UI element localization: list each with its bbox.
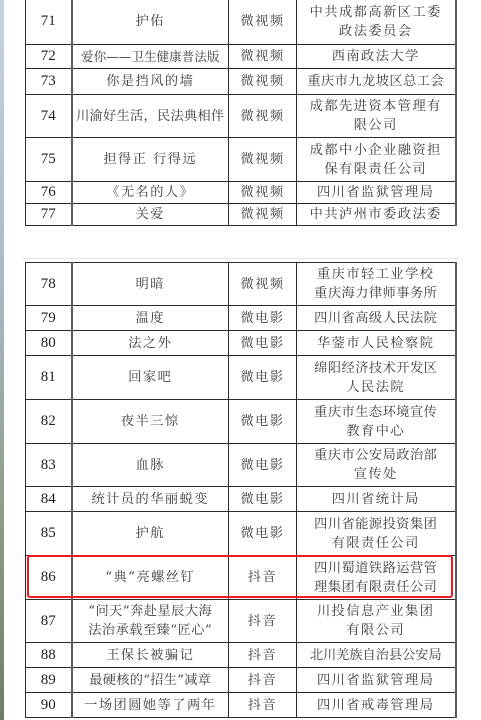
row-number: 90 (26, 693, 72, 718)
table-row: 78 明暗 微视频 重庆市轻工业学校 重庆海力律师事务所 (26, 263, 456, 306)
work-title: 统计员的华丽蜕变 (72, 487, 229, 512)
organization: 四川省高级人民法院 (297, 306, 456, 331)
work-type: 微电影 (229, 444, 297, 487)
table-row: 73 你是挡风的墙 微视频 重庆市九龙坡区总工会 (26, 69, 456, 95)
work-type: 抖音 (229, 668, 297, 693)
table-row-highlighted: 86 “典”亮螺丝钉 抖音 四川蜀道铁路运营管 理集团有限责任公司 (26, 556, 456, 600)
table-row: 87 “问天”奔赴星辰大海 法治承载至臻“匠心” 抖音 川投信息产业集团 有限公… (26, 600, 456, 643)
table-row: 85 护航 微电影 四川省能源投资集团 有限责任公司 (26, 512, 456, 556)
work-title: 护佑 (72, 0, 229, 45)
organization: 北川羌族自治县公安局 (297, 643, 456, 668)
row-number: 87 (26, 600, 72, 643)
organization: 重庆市轻工业学校 重庆海力律师事务所 (297, 263, 456, 306)
work-type: 微视频 (229, 69, 297, 95)
organization-line: 政法委员会 (299, 22, 453, 41)
work-type: 微电影 (229, 400, 297, 444)
organization-line: 绵阳经济技术开发区 (299, 359, 453, 378)
table-row: 79 温度 微电影 四川省高级人民法院 (26, 306, 456, 331)
work-title: 《无名的人》 (72, 182, 229, 204)
row-number: 88 (26, 643, 72, 668)
row-number: 84 (26, 487, 72, 512)
organization-line: 四川省能源投资集团 (299, 515, 453, 534)
work-title: 温度 (72, 306, 229, 331)
organization: 西南政法大学 (297, 45, 456, 69)
work-title-line: 法治承载至臻“匠心” (75, 621, 227, 640)
work-type: 微视频 (229, 138, 297, 182)
organization-line: 教育中心 (299, 422, 453, 441)
organization-line: 有限责任公司 (299, 534, 453, 553)
row-number: 78 (26, 263, 72, 306)
work-title: 川渝好生活，民法典相伴 (72, 95, 229, 138)
work-type: 微电影 (229, 331, 297, 356)
work-type: 微视频 (229, 182, 297, 204)
work-type: 微视频 (229, 0, 297, 45)
organization-line: 保有限责任公司 (299, 160, 453, 179)
table-row: 81 回家吧 微电影 绵阳经济技术开发区 人民法院 (26, 356, 456, 400)
row-number: 79 (26, 306, 72, 331)
work-title: 最硬核的“招生”减章 (72, 668, 229, 693)
organization: 华蓥市人民检察院 (297, 331, 456, 356)
work-title: 王保长被骗记 (72, 643, 229, 668)
row-number: 77 (26, 204, 72, 226)
organization-line: 成都先进资本管理有 (299, 97, 453, 116)
organization-line: 重庆市公安局政治部 (299, 446, 453, 465)
work-title: 明暗 (72, 263, 229, 306)
table-row: 71 护佑 微视频 中共成都高新区工委 政法委员会 (26, 0, 456, 45)
work-title: “问天”奔赴星辰大海 法治承载至臻“匠心” (72, 600, 229, 643)
row-number: 83 (26, 444, 72, 487)
work-title-line: “问天”奔赴星辰大海 (75, 602, 227, 621)
organization-line: 宣传处 (299, 465, 453, 484)
row-number: 74 (26, 95, 72, 138)
organization: 重庆市公安局政治部 宣传处 (297, 444, 456, 487)
work-type: 微视频 (229, 263, 297, 306)
table-row: 83 血脉 微电影 重庆市公安局政治部 宣传处 (26, 444, 456, 487)
work-type: 微电影 (229, 512, 297, 556)
organization: 中共成都高新区工委 政法委员会 (297, 0, 456, 45)
organization-line: 理集团有限责任公司 (299, 578, 453, 597)
row-number: 86 (26, 556, 72, 600)
organization: 四川省统计局 (297, 487, 456, 512)
work-type: 微电影 (229, 487, 297, 512)
organization-line: 中共成都高新区工委 (299, 3, 453, 22)
table-row: 76 《无名的人》 微视频 四川省监狱管理局 (26, 182, 456, 204)
row-number: 82 (26, 400, 72, 444)
organization: 成都先进资本管理有 限公司 (297, 95, 456, 138)
work-type: 微视频 (229, 204, 297, 226)
row-number: 80 (26, 331, 72, 356)
table-row: 75 担得正 行得远 微视频 成都中小企业融资担 保有限责任公司 (26, 138, 456, 182)
table-row: 80 法之外 微电影 华蓥市人民检察院 (26, 331, 456, 356)
award-table-page-2: 78 明暗 微视频 重庆市轻工业学校 重庆海力律师事务所 79 温度 微电影 四… (25, 262, 457, 718)
organization: 重庆市九龙坡区总工会 (297, 69, 456, 95)
organization: 四川省戒毒管理局 (297, 693, 456, 718)
row-number: 75 (26, 138, 72, 182)
row-number: 85 (26, 512, 72, 556)
organization-line: 重庆市轻工业学校 (299, 265, 453, 284)
table-row: 84 统计员的华丽蜕变 微电影 四川省统计局 (26, 487, 456, 512)
row-number: 71 (26, 0, 72, 45)
work-title: 夜半三惊 (72, 400, 229, 444)
organization: 绵阳经济技术开发区 人民法院 (297, 356, 456, 400)
row-number: 76 (26, 182, 72, 204)
row-number: 89 (26, 668, 72, 693)
work-title: “典”亮螺丝钉 (72, 556, 229, 600)
organization-line: 川投信息产业集团 (299, 602, 453, 621)
work-title: 担得正 行得远 (72, 138, 229, 182)
organization: 四川省监狱管理局 (297, 668, 456, 693)
work-type: 微视频 (229, 45, 297, 69)
work-title: 爱你——卫生健康普法版 (72, 45, 229, 69)
table-row: 90 一场团圆她等了两年 抖音 四川省戒毒管理局 (26, 693, 456, 718)
organization: 四川省监狱管理局 (297, 182, 456, 204)
organization-line: 有限公司 (299, 621, 453, 640)
work-title: 护航 (72, 512, 229, 556)
organization: 川投信息产业集团 有限公司 (297, 600, 456, 643)
work-title: 血脉 (72, 444, 229, 487)
organization: 成都中小企业融资担 保有限责任公司 (297, 138, 456, 182)
row-number: 72 (26, 45, 72, 69)
table-row: 72 爱你——卫生健康普法版 微视频 西南政法大学 (26, 45, 456, 69)
organization: 中共泸州市委政法委 (297, 204, 456, 226)
window-edge-strip (0, 0, 4, 720)
work-title: 法之外 (72, 331, 229, 356)
table-row: 89 最硬核的“招生”减章 抖音 四川省监狱管理局 (26, 668, 456, 693)
work-type: 微视频 (229, 95, 297, 138)
table-row: 77 关爱 微视频 中共泸州市委政法委 (26, 204, 456, 226)
organization-line: 人民法院 (299, 378, 453, 397)
work-type: 微电影 (229, 356, 297, 400)
row-number: 73 (26, 69, 72, 95)
work-title: 你是挡风的墙 (72, 69, 229, 95)
organization-line: 重庆海力律师事务所 (299, 284, 453, 303)
work-type: 抖音 (229, 556, 297, 600)
work-type: 抖音 (229, 693, 297, 718)
work-title: 一场团圆她等了两年 (72, 693, 229, 718)
award-table-page-1: 71 护佑 微视频 中共成都高新区工委 政法委员会 72 爱你——卫生健康普法版… (25, 0, 457, 226)
work-type: 抖音 (229, 643, 297, 668)
organization-line: 重庆市生态环境宣传 (299, 403, 453, 422)
work-type: 微电影 (229, 306, 297, 331)
organization-line: 成都中小企业融资担 (299, 141, 453, 160)
organization: 重庆市生态环境宣传 教育中心 (297, 400, 456, 444)
organization-line: 限公司 (299, 116, 453, 135)
organization: 四川省能源投资集团 有限责任公司 (297, 512, 456, 556)
row-number: 81 (26, 356, 72, 400)
table-row: 82 夜半三惊 微电影 重庆市生态环境宣传 教育中心 (26, 400, 456, 444)
work-title: 关爱 (72, 204, 229, 226)
work-type: 抖音 (229, 600, 297, 643)
table-row: 88 王保长被骗记 抖音 北川羌族自治县公安局 (26, 643, 456, 668)
table-row: 74 川渝好生活，民法典相伴 微视频 成都先进资本管理有 限公司 (26, 95, 456, 138)
organization: 四川蜀道铁路运营管 理集团有限责任公司 (297, 556, 456, 600)
work-title: 回家吧 (72, 356, 229, 400)
organization-line: 四川蜀道铁路运营管 (299, 559, 453, 578)
